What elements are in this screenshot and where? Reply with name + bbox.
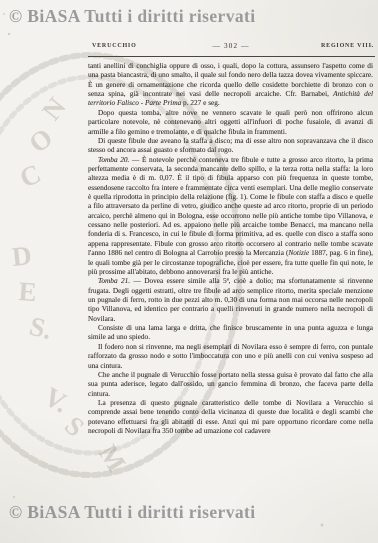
svg-text:D: D bbox=[10, 240, 33, 272]
svg-text:S.: S. bbox=[27, 311, 55, 345]
paragraph: Tomba 20. — È notevole perchè conteneva … bbox=[88, 155, 373, 277]
text-run: — È notevole perchè conteneva tre fibule… bbox=[88, 155, 373, 258]
svg-text:O: O bbox=[23, 122, 58, 159]
italic-text-run: Tomba 20. bbox=[98, 155, 129, 164]
text-run: Di queste fibule due aveano la staffa a … bbox=[88, 136, 373, 154]
paragraph: Dopo questa tomba, altre nove ne vennero… bbox=[88, 108, 373, 136]
svg-text:N: N bbox=[36, 91, 72, 125]
svg-text:S: S bbox=[59, 410, 90, 442]
svg-text:C: C bbox=[15, 158, 45, 193]
watermark-bottom: © BiASA Tutti i diritti riservati bbox=[9, 502, 256, 523]
paragraph: Di queste fibule due aveano la staffa a … bbox=[88, 136, 373, 155]
paragraph: La presenza di questo pugnale caratteris… bbox=[88, 398, 373, 435]
text-run: Il fodero non si rinvenne, ma negli esem… bbox=[88, 342, 373, 370]
svg-text:E: E bbox=[18, 276, 38, 307]
running-head-right: REGIONE VIII. bbox=[321, 43, 374, 49]
paragraph: Il fodero non si rinvenne, ma negli esem… bbox=[88, 342, 373, 370]
paragraph: Che anche il pugnale di Verucchio fosse … bbox=[88, 370, 373, 398]
italic-text-run: Notizie bbox=[288, 248, 309, 257]
text-run: Dopo questa tomba, altre nove ne vennero… bbox=[88, 108, 373, 136]
body-text: tanti anellini di conchiglia oppure di o… bbox=[88, 61, 373, 435]
italic-text-run: Tomba 21. bbox=[98, 276, 130, 285]
text-run: Che anche il pugnale di Verucchio fosse … bbox=[88, 370, 373, 398]
paragraph: Consiste di una lama larga e dritta, che… bbox=[88, 323, 373, 342]
scanned-page: NOCDES.V.SM © BiASA Tutti i diritti rise… bbox=[0, 0, 378, 543]
text-run: — Dovea essere simile alla 5ª, cioè a do… bbox=[88, 276, 373, 322]
svg-text:V.: V. bbox=[39, 381, 74, 418]
text-run: p. 227 e seg. bbox=[181, 98, 220, 107]
text-run: La presenza di questo pugnale caratteris… bbox=[88, 398, 373, 435]
svg-text:M: M bbox=[93, 439, 132, 477]
watermark-top: © BiASA Tutti i diritti riservati bbox=[9, 6, 256, 27]
paragraph: Tomba 21. — Dovea essere simile alla 5ª,… bbox=[88, 276, 373, 323]
page-header: VERUCCHIO — 302 — REGIONE VIII. bbox=[88, 41, 374, 53]
text-run: Consiste di una lama larga e dritta, che… bbox=[88, 323, 373, 341]
text-run: tanti anellini di conchiglia oppure di o… bbox=[88, 61, 373, 98]
header-rule bbox=[88, 56, 375, 57]
paragraph: tanti anellini di conchiglia oppure di o… bbox=[88, 61, 373, 108]
